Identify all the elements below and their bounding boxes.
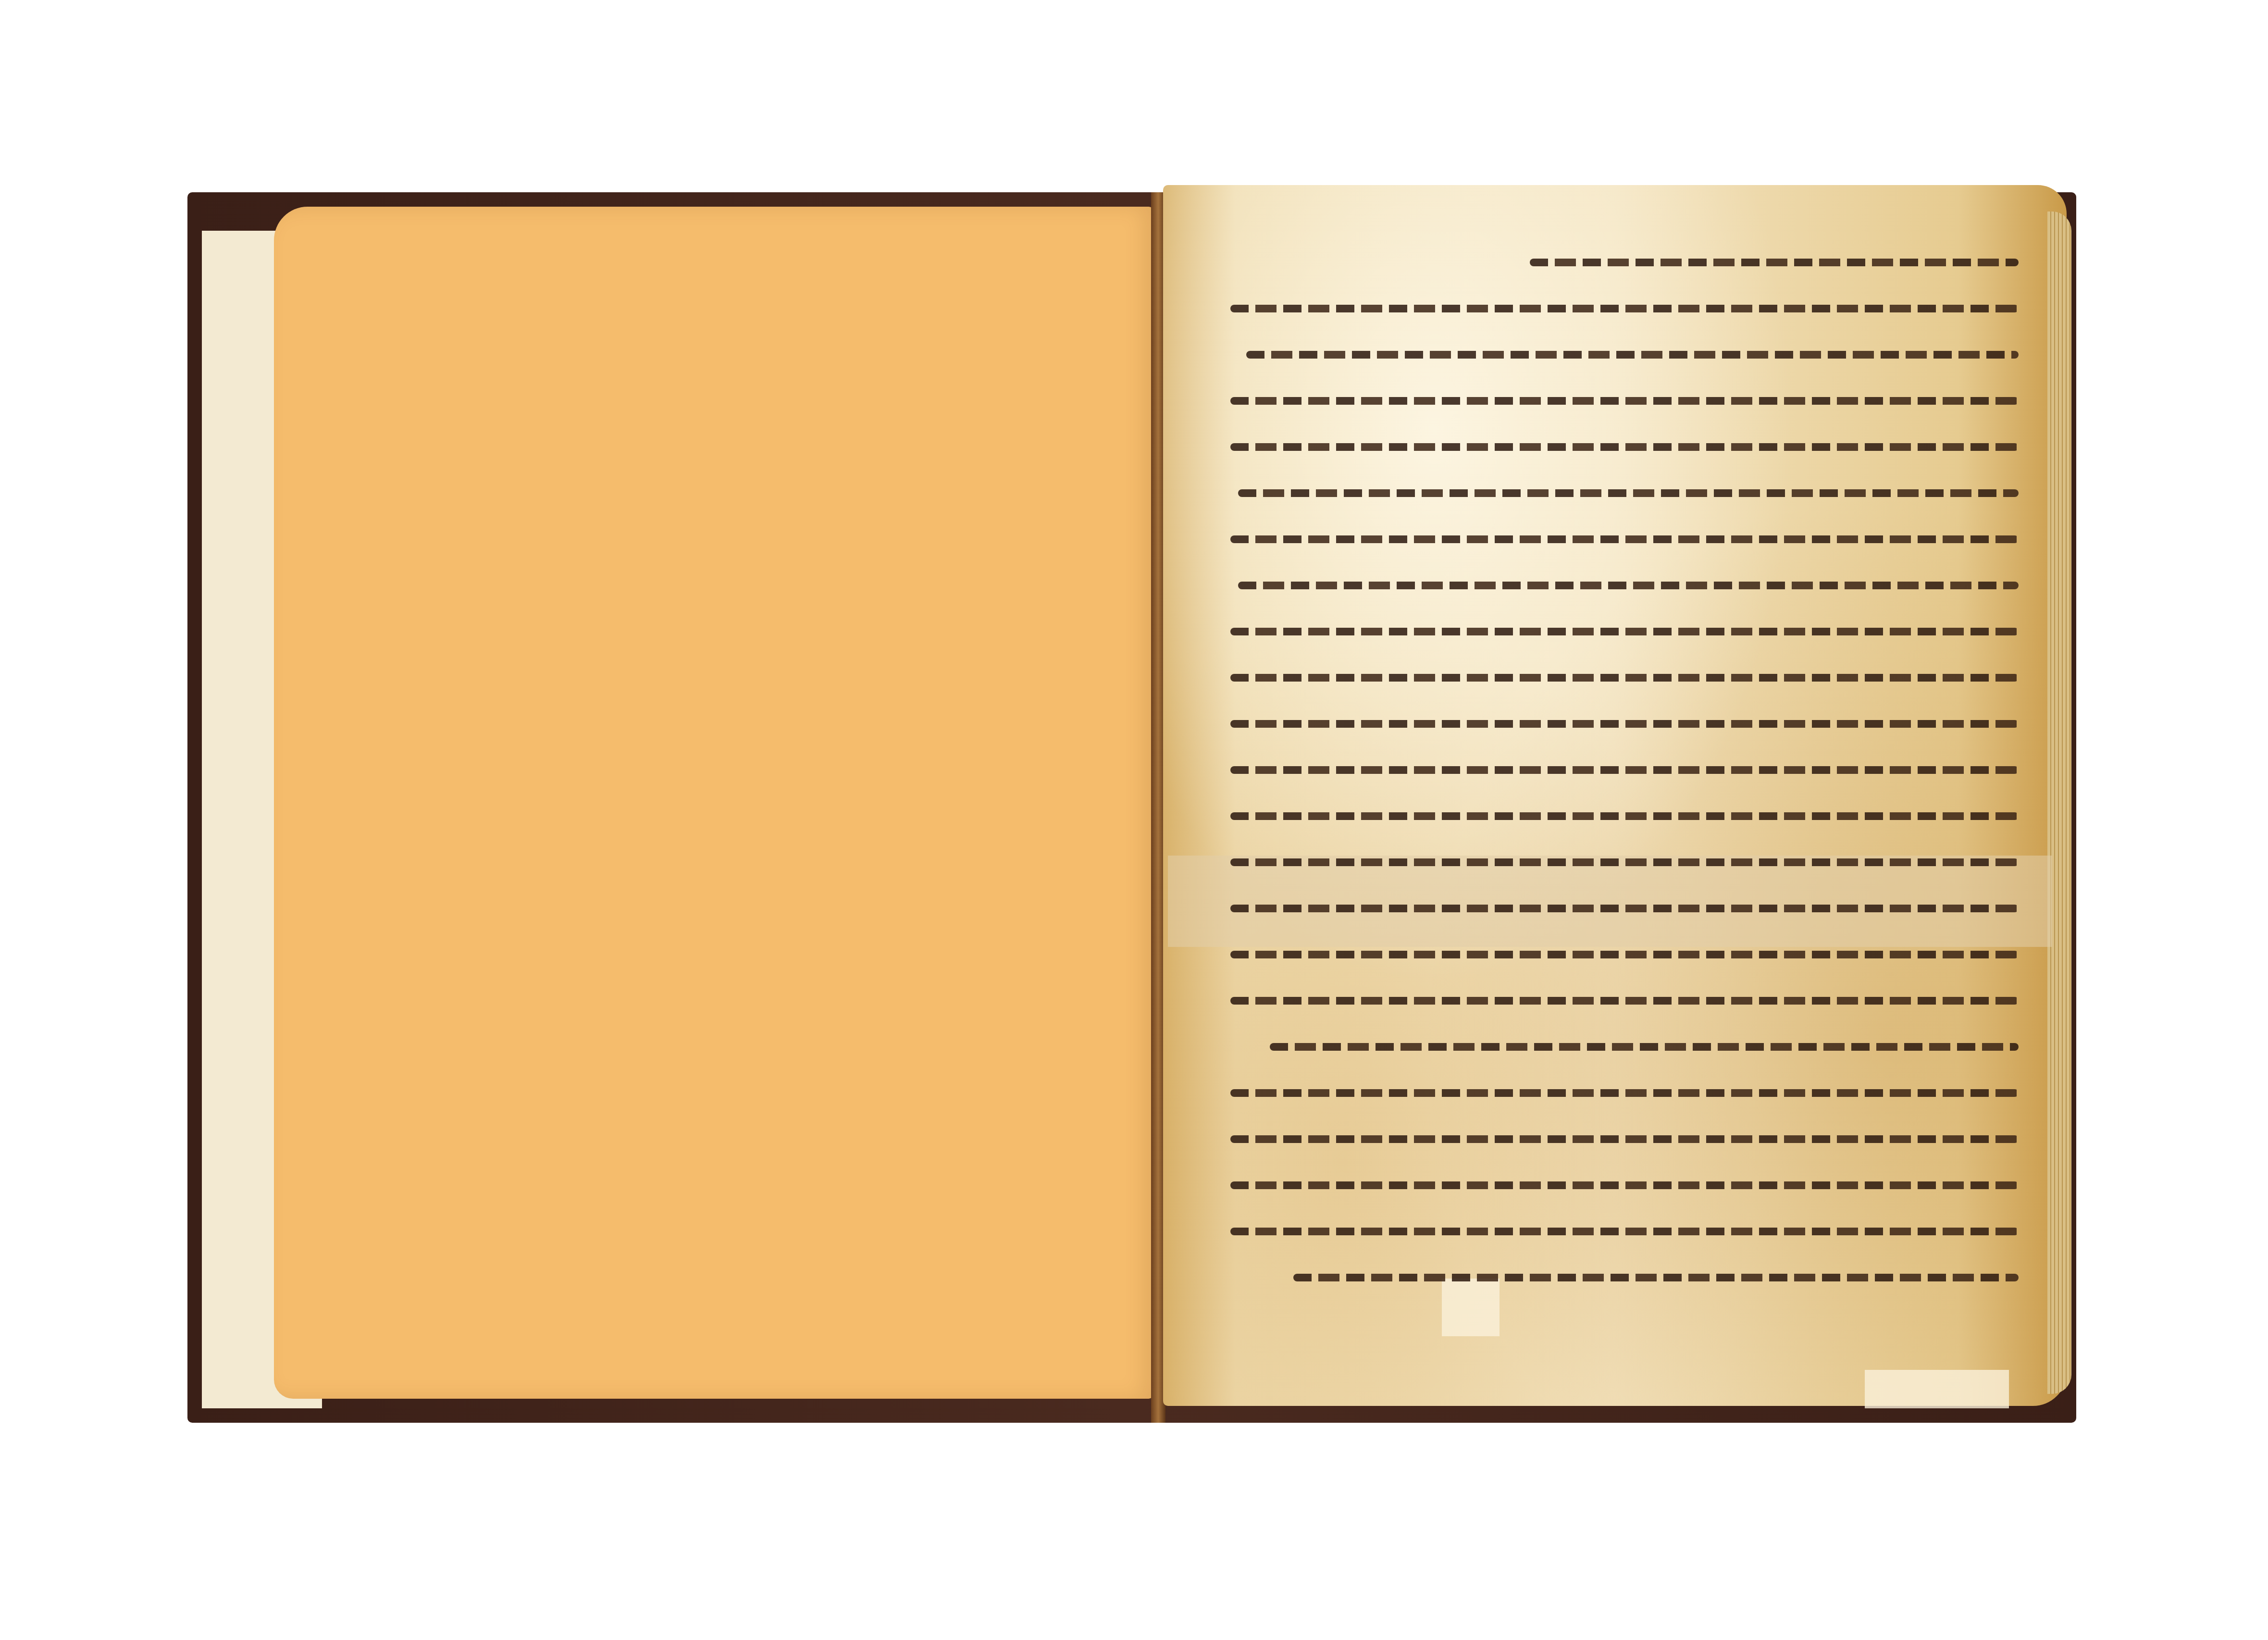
ink-stroke (1293, 1274, 2019, 1281)
ink-stroke (1230, 674, 2019, 682)
ink-stroke (1238, 489, 2019, 497)
manuscript-line (1230, 942, 2019, 964)
ink-stroke (1230, 766, 2019, 774)
manuscript-line (1230, 1081, 2019, 1103)
manuscript-line (1230, 896, 2019, 918)
manuscript-line (1230, 850, 2019, 872)
manuscript-line (1230, 1265, 2019, 1287)
ink-stroke (1270, 1043, 2019, 1051)
manuscript-line (1230, 388, 2019, 410)
ink-stroke (1230, 397, 2019, 405)
ink-stroke (1230, 443, 2019, 451)
ink-stroke (1530, 259, 2019, 266)
manuscript-line (1230, 342, 2019, 364)
ink-stroke (1246, 351, 2019, 359)
manuscript-line (1230, 481, 2019, 503)
ink-stroke (1238, 582, 2019, 589)
left-blank-page (274, 207, 1153, 1399)
ink-stroke (1230, 951, 2019, 958)
manuscript-line (1230, 1219, 2019, 1241)
manuscript-line (1230, 573, 2019, 595)
manuscript-line (1230, 758, 2019, 780)
ink-stroke (1230, 905, 2019, 912)
ink-stroke (1230, 997, 2019, 1005)
manuscript-line (1230, 1173, 2019, 1195)
ink-stroke (1230, 1089, 2019, 1097)
manuscript-line (1230, 527, 2019, 549)
manuscript-line (1230, 296, 2019, 318)
ink-stroke (1230, 628, 2019, 635)
ink-stroke (1230, 720, 2019, 728)
manuscript-line (1230, 619, 2019, 641)
ink-stroke (1230, 305, 2019, 312)
manuscript-line (1230, 665, 2019, 687)
ink-stroke (1230, 812, 2019, 820)
ink-stroke (1230, 858, 2019, 866)
manuscript-line (1230, 1034, 2019, 1056)
manuscript-line (1230, 435, 2019, 457)
ink-stroke (1230, 535, 2019, 543)
ink-stroke (1230, 1181, 2019, 1189)
manuscript-line (1230, 250, 2019, 272)
page-edges (2047, 211, 2071, 1394)
ink-stroke (1230, 1135, 2019, 1143)
manuscript-line (1230, 804, 2019, 826)
manuscript-line (1230, 711, 2019, 733)
paper-repair-patch (1865, 1370, 2009, 1408)
ink-stroke (1230, 1228, 2019, 1235)
manuscript-line (1230, 1127, 2019, 1149)
manuscript-text-block (1230, 250, 2019, 1311)
manuscript-line (1230, 988, 2019, 1010)
